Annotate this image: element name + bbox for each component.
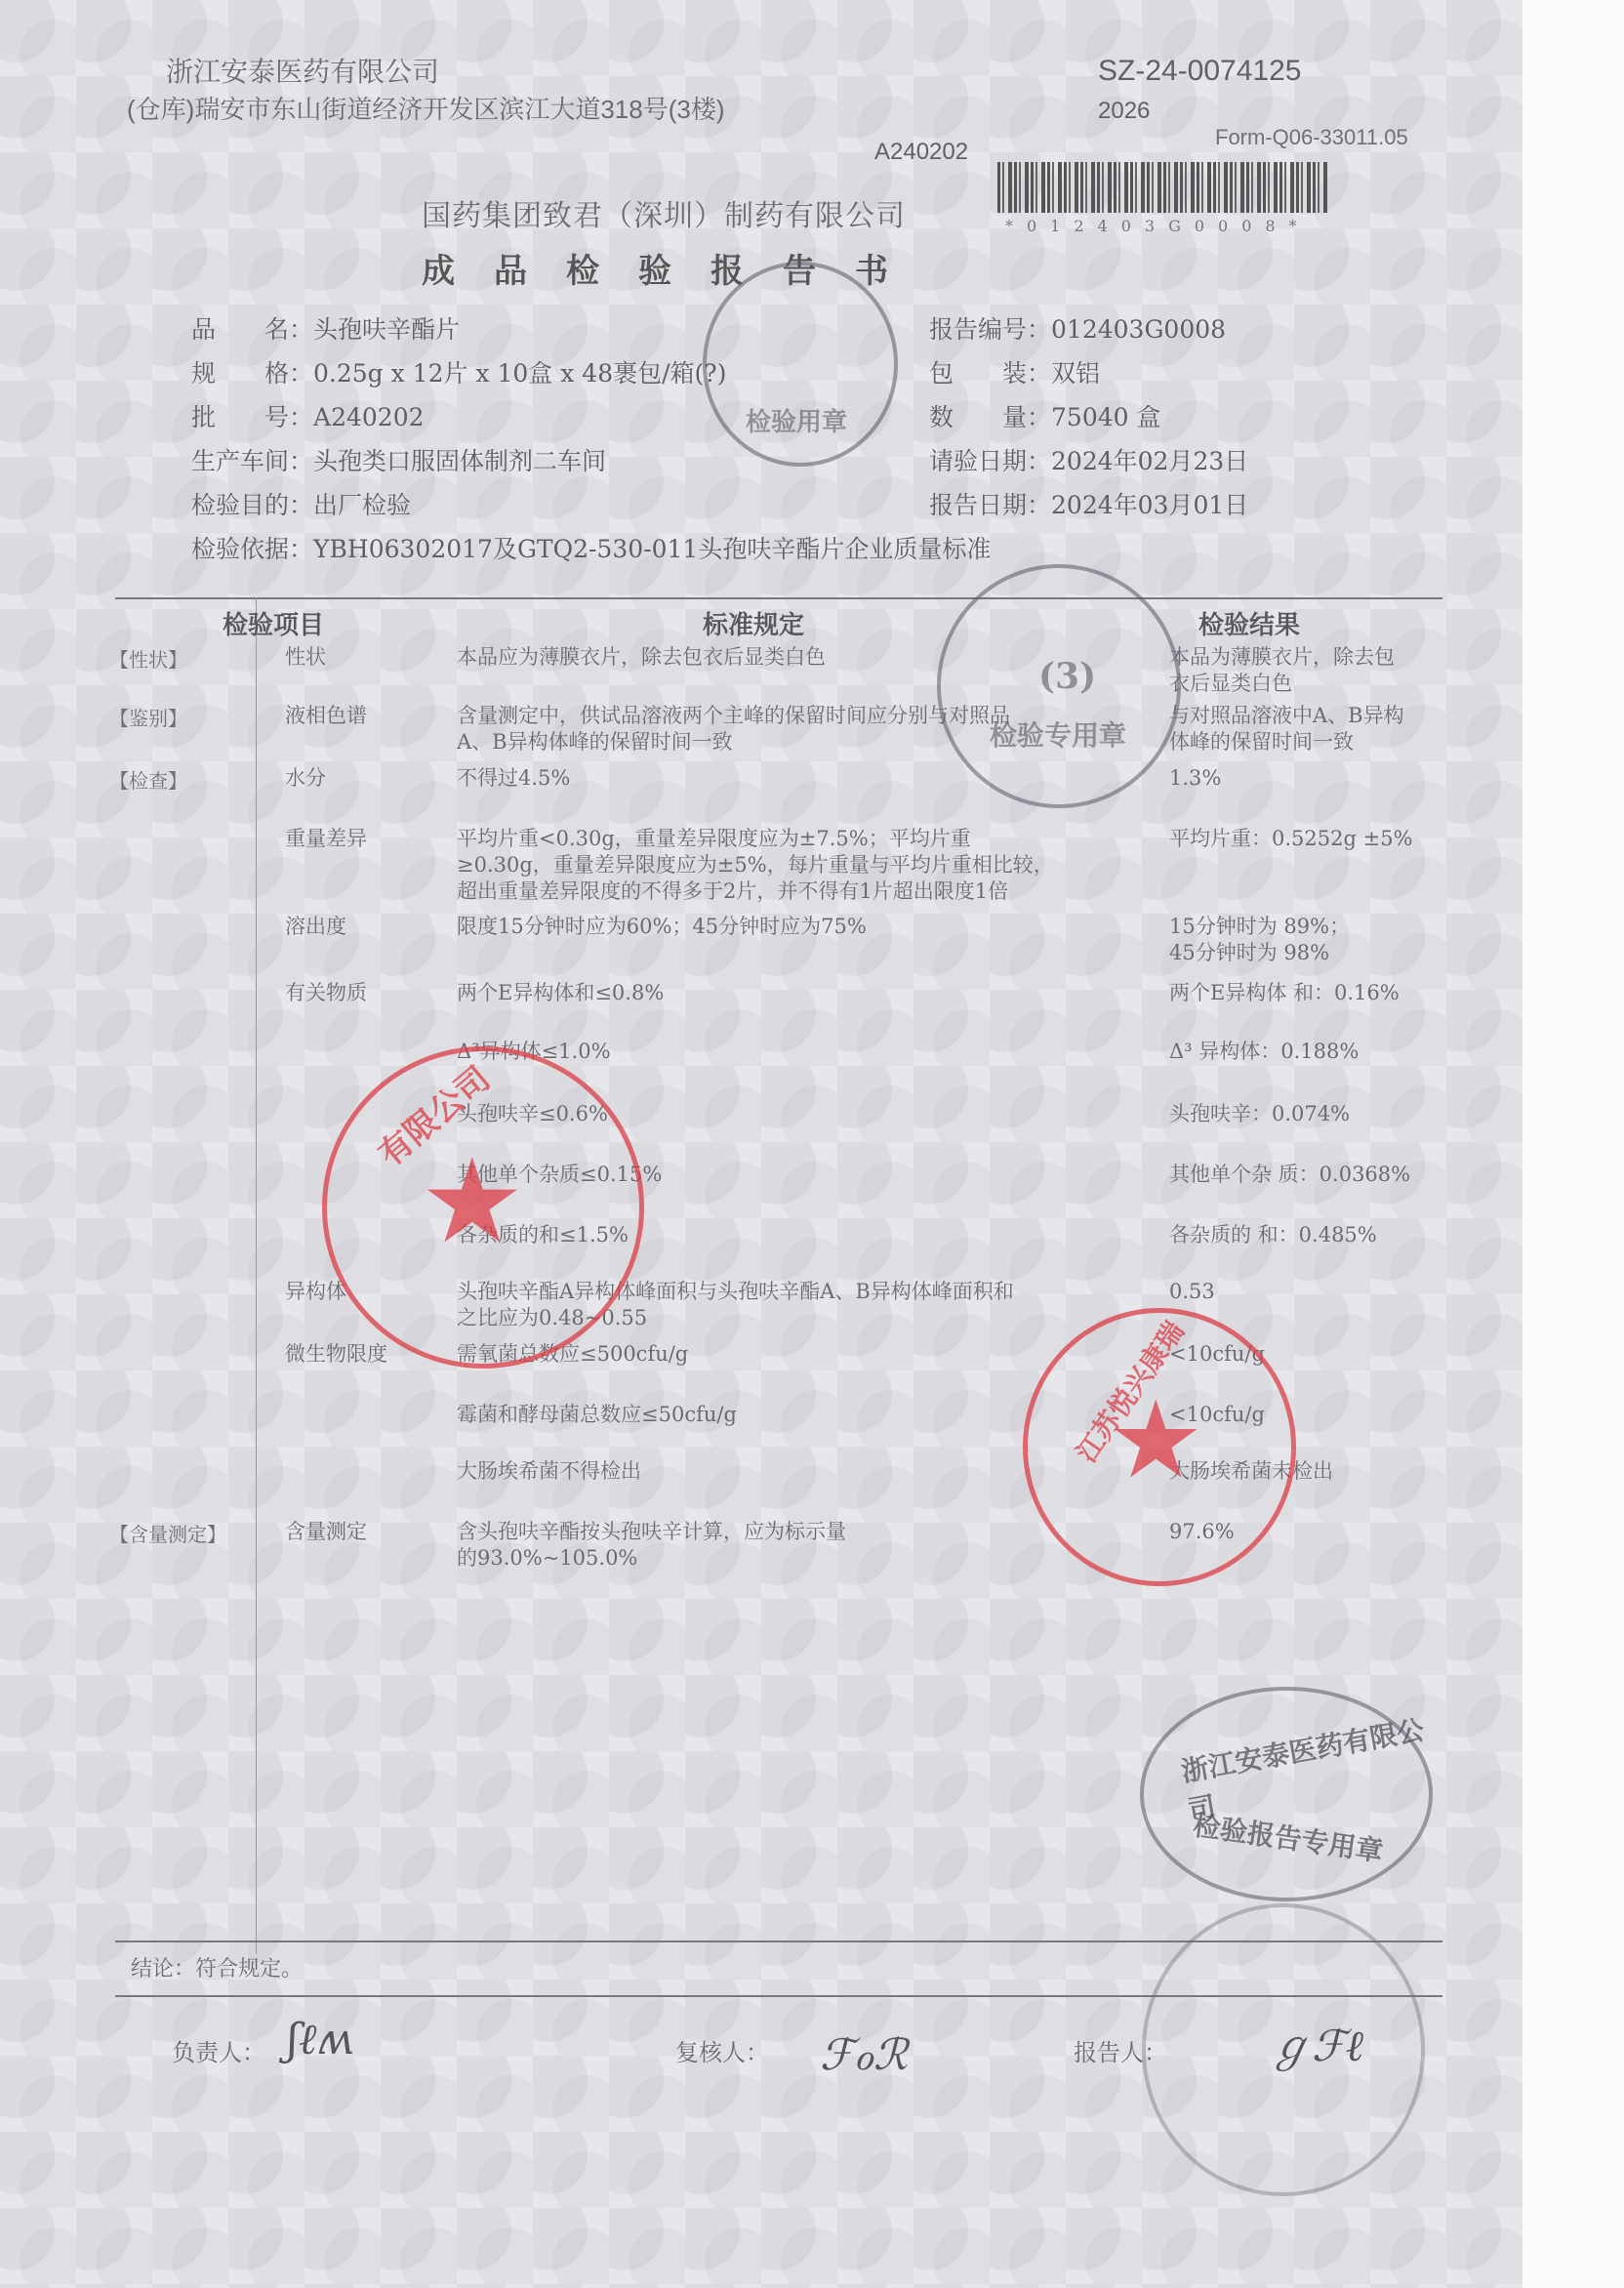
row-item: 含量测定 [285, 1519, 367, 1545]
row-category: 【性状】 [109, 644, 187, 673]
info-field: 规 格：0.25g x 12片 x 10盒 x 48裹包/箱(?) [191, 354, 726, 389]
row-result: 头孢呋辛：0.074% [1169, 1101, 1350, 1127]
row-standard: 限度15分钟时应为60%；45分钟时应为75% [457, 914, 867, 940]
row-standard: 含量测定中，供试品溶液两个主峰的保留时间应分别与对照品 A、B异构体峰的保留时间… [457, 703, 1010, 756]
issuer-qc-stamp: 检验用章 [703, 262, 898, 467]
info-value: 2024年03月01日 [1051, 491, 1248, 519]
bottom-quality-stamp [1142, 1903, 1425, 2196]
reviewer-signature: ℱℴℛ [820, 2030, 908, 2080]
row-result: 两个E异构体 和：0.16% [1169, 980, 1400, 1006]
scan-margin [1522, 0, 1624, 2288]
info-field: 请验日期：2024年02月23日 [929, 442, 1248, 477]
info-field: 检验目的：出厂检验 [191, 486, 411, 521]
info-value: YBH06302017及GTQ2-530-011头孢呋辛酯片企业质量标准 [313, 535, 991, 563]
info-field: 生产车间：头孢类口服固体制剂二车间 [191, 442, 606, 477]
info-field: 检验依据：YBH06302017及GTQ2-530-011头孢呋辛酯片企业质量标… [191, 530, 991, 565]
recipient-address: (仓库)瑞安市东山街道经济开发区滨江大道318号(3楼) [127, 90, 724, 126]
info-field: 报告编号：012403G0008 [929, 310, 1226, 346]
row-result: 与对照品溶液中A、B异构 体峰的保留时间一致 [1169, 703, 1404, 756]
table-column-divider [256, 597, 257, 1954]
row-standard: 不得过4.5% [457, 765, 570, 792]
batch-label-top: A240202 [874, 139, 968, 166]
info-label: 请验日期： [929, 442, 1051, 477]
row-item: 微生物限度 [285, 1341, 387, 1368]
info-field: 批 号：A240202 [191, 398, 425, 433]
row-item: 液相色谱 [285, 703, 367, 729]
row-item: 水分 [285, 765, 326, 792]
table-top-rule [115, 597, 1442, 599]
row-result: 15分钟时为 89%； 45分钟时为 98% [1169, 914, 1350, 966]
info-label: 生产车间： [191, 442, 313, 477]
year-code: 2026 [1098, 98, 1150, 125]
red-quality-stamp-left: ★ 有限公司 [322, 1046, 644, 1369]
row-category: 【含量测定】 [109, 1519, 226, 1547]
row-item: 异构体 [285, 1279, 346, 1305]
row-result: 本品为薄膜衣片，除去包 衣后显类白色 [1169, 644, 1395, 697]
info-label: 检验依据： [191, 530, 313, 565]
info-field: 包 装：双铝 [929, 354, 1100, 389]
barcode [997, 162, 1329, 213]
row-standard: 平均片重<0.30g，重量差异限度应为±7.5%；平均片重 ≥0.30g，重量差… [457, 826, 1054, 905]
row-item: 重量差异 [285, 826, 367, 852]
row-result: 各杂质的 和：0.485% [1169, 1222, 1377, 1248]
recipient-inspection-stamp: 浙江安泰医药有限公司 检验报告专用章 [1140, 1687, 1433, 1901]
info-label: 报告日期： [929, 486, 1051, 521]
row-result: 0.53 [1169, 1279, 1215, 1305]
info-label: 批 号： [191, 398, 313, 433]
row-result: 1.3% [1169, 765, 1221, 792]
conclusion: 结论：符合规定。 [131, 1956, 303, 1982]
info-value: 头孢呋辛酯片 [313, 315, 460, 344]
serial-number: SZ-24-0074125 [1098, 55, 1301, 88]
header-standard: 标准规定 [703, 605, 804, 641]
info-value: 双铝 [1051, 359, 1100, 388]
info-value: A240202 [313, 403, 425, 431]
row-item: 有关物质 [285, 980, 367, 1006]
info-field: 数 量：75040 盒 [929, 398, 1161, 433]
header-item: 检验项目 [223, 605, 324, 641]
info-value: 012403G0008 [1051, 315, 1226, 344]
responsible-label: 负责人： [172, 2040, 265, 2066]
row-item: 溶出度 [285, 914, 346, 940]
responsible-signature: ʃℓʍ [287, 2015, 353, 2064]
info-value: 75040 盒 [1051, 403, 1160, 431]
row-result: Δ³ 异构体：0.188% [1169, 1039, 1359, 1065]
row-category: 【检查】 [109, 765, 187, 794]
row-standard: 两个E异构体和≤0.8% [457, 980, 664, 1006]
info-value: 头孢类口服固体制剂二车间 [313, 447, 606, 475]
reviewer-label: 复核人： [675, 2040, 769, 2066]
info-label: 检验目的： [191, 486, 313, 521]
inspection-stamp-3: (3) 检验专用章 [937, 564, 1181, 808]
header-result: 检验结果 [1198, 605, 1300, 641]
info-label: 规 格： [191, 354, 313, 389]
issuer-name: 国药集团致君（深圳）制药有限公司 [422, 191, 906, 234]
info-field: 品 名：头孢呋辛酯片 [191, 310, 460, 346]
info-label: 报告编号： [929, 310, 1051, 346]
info-value: 0.25g x 12片 x 10盒 x 48裹包/箱(?) [313, 359, 726, 388]
row-standard: 霉菌和酵母菌总数应≤50cfu/g [457, 1402, 737, 1428]
red-quality-stamp-right: ★ 江苏悦兴康瑞 [1023, 1308, 1296, 1586]
info-label: 包 装： [929, 354, 1051, 389]
row-result: 平均片重：0.5252g ±5% [1169, 826, 1413, 852]
row-category: 【鉴别】 [109, 703, 187, 731]
info-value: 出厂检验 [313, 491, 411, 519]
row-item: 性状 [285, 644, 326, 671]
info-value: 2024年02月23日 [1051, 447, 1248, 475]
row-standard: 大肠埃希菌不得检出 [457, 1458, 641, 1485]
barcode-text: *012403G0008* [1005, 217, 1311, 235]
row-standard: 本品应为薄膜衣片，除去包衣后显类白色 [457, 644, 826, 671]
row-result: 其他单个杂 质：0.0368% [1169, 1162, 1410, 1188]
info-label: 数 量： [929, 398, 1051, 433]
recipient-company: 浙江安泰医药有限公司 [166, 51, 439, 90]
info-label: 品 名： [191, 310, 313, 346]
info-field: 报告日期：2024年03月01日 [929, 486, 1248, 521]
form-code: Form-Q06-33011.05 [1215, 125, 1408, 150]
row-standard: 含头孢呋辛酯按头孢呋辛计算，应为标示量 的93.0%~105.0% [457, 1519, 846, 1572]
